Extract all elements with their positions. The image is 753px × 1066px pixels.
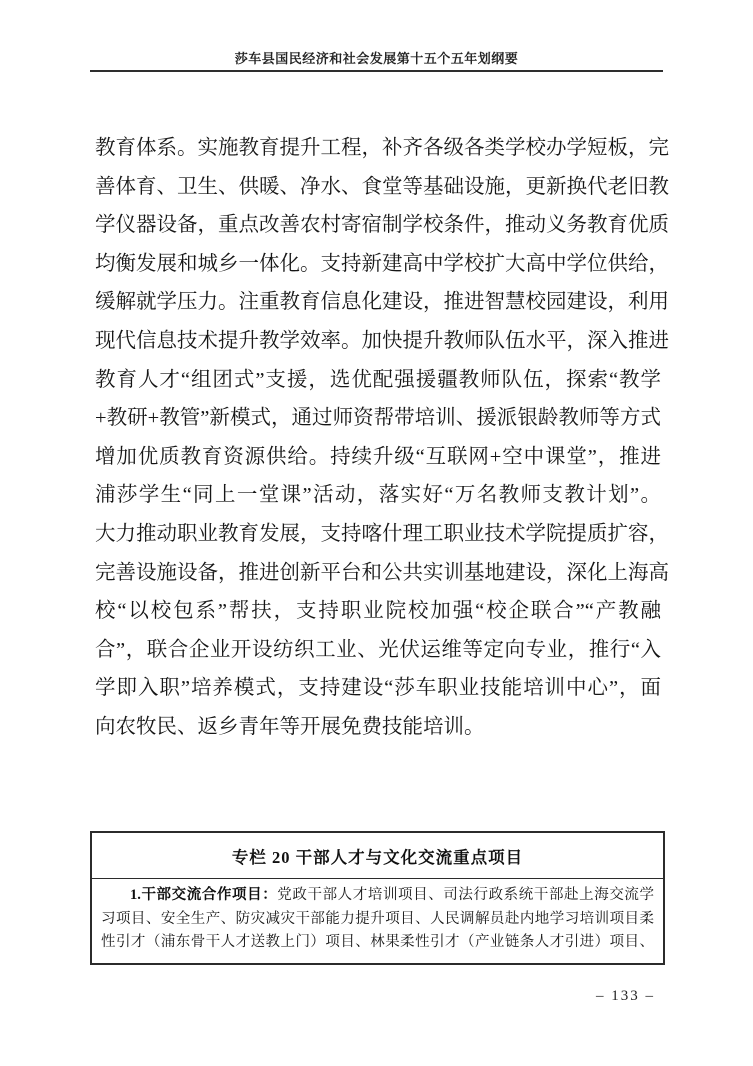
body-text-line: 学即入职”培养模式，支持建设“莎车职业技能培训中心”，面 xyxy=(95,669,661,708)
column-box-title: 专栏 20 干部人才与文化交流重点项目 xyxy=(92,833,663,879)
body-text-line: 校“以校包系”帮扶，支持职业院校加强“校企联合”“产教融 xyxy=(95,592,661,631)
body-text-line: 浦莎学生“同上一堂课”活动，落实好“万名教师支教计划”。 xyxy=(95,476,661,515)
running-header-title: 莎车县国民经济和社会发展第十五个五年划纲要 xyxy=(90,50,663,68)
body-text-line: 缓解就学压力。注重教育信息化建设，推进智慧校园建设，利用 xyxy=(95,283,661,322)
box-item-text: 党政干部人才培训项目、司法行政系统干部赴上海交流学 xyxy=(277,887,654,903)
document-page: 莎车县国民经济和社会发展第十五个五年划纲要 教育体系。实施教育提升工程，补齐各级… xyxy=(0,0,753,1066)
body-text-line: 学仪器设备，重点改善农村寄宿制学校条件，推动义务教育优质 xyxy=(95,206,661,245)
box-text-line: 性引才（浦东骨干人才送教上门）项目、林果柔性引才（产业链条人才引进）项目、 xyxy=(101,931,654,955)
body-text-line: 增加优质教育资源供给。持续升级“互联网+空中课堂”，推进 xyxy=(95,438,661,477)
column-20-box: 专栏 20 干部人才与文化交流重点项目 1.干部交流合作项目：党政干部人才培训项… xyxy=(90,831,665,965)
body-text-line: 向农牧民、返乡青年等开展免费技能培训。 xyxy=(95,708,661,747)
body-text-line: 善体育、卫生、供暖、净水、食堂等基础设施，更新换代老旧教 xyxy=(95,168,661,207)
box-text-line: 习项目、安全生产、防灾减灾干部能力提升项目、人民调解员赴内地学习培训项目柔 xyxy=(101,908,654,932)
header-divider-rule xyxy=(90,70,663,72)
box-text-line: 1.干部交流合作项目：党政干部人才培训项目、司法行政系统干部赴上海交流学 xyxy=(101,884,654,908)
page-number: – 133 – xyxy=(596,988,655,1005)
body-text-line: 合”，联合企业开设纺织工业、光伏运维等定向专业，推行“入 xyxy=(95,631,661,670)
body-text-line: 教育体系。实施教育提升工程，补齐各级各类学校办学短板，完 xyxy=(95,129,661,168)
body-text-line: 教育人才“组团式”支援，选优配强援疆教师队伍，探索“教学 xyxy=(95,361,661,400)
body-text-line: 大力推动职业教育发展，支持喀什理工职业技术学院提质扩容， xyxy=(95,515,661,554)
body-text-line: 完善设施设备，推进创新平台和公共实训基地建设，深化上海高 xyxy=(95,554,661,593)
box-item-label: 1.干部交流合作项目： xyxy=(130,887,277,903)
column-box-body: 1.干部交流合作项目：党政干部人才培训项目、司法行政系统干部赴上海交流学 习项目… xyxy=(92,879,663,963)
body-text-line: 现代信息技术提升教学效率。加快提升教师队伍水平，深入推进 xyxy=(95,322,661,361)
body-paragraph: 教育体系。实施教育提升工程，补齐各级各类学校办学短板，完 善体育、卫生、供暖、净… xyxy=(95,129,661,747)
body-text-line: +教研+教管”新模式，通过师资帮带培训、援派银龄教师等方式 xyxy=(95,399,661,438)
body-text-line: 均衡发展和城乡一体化。支持新建高中学校扩大高中学位供给， xyxy=(95,245,661,284)
